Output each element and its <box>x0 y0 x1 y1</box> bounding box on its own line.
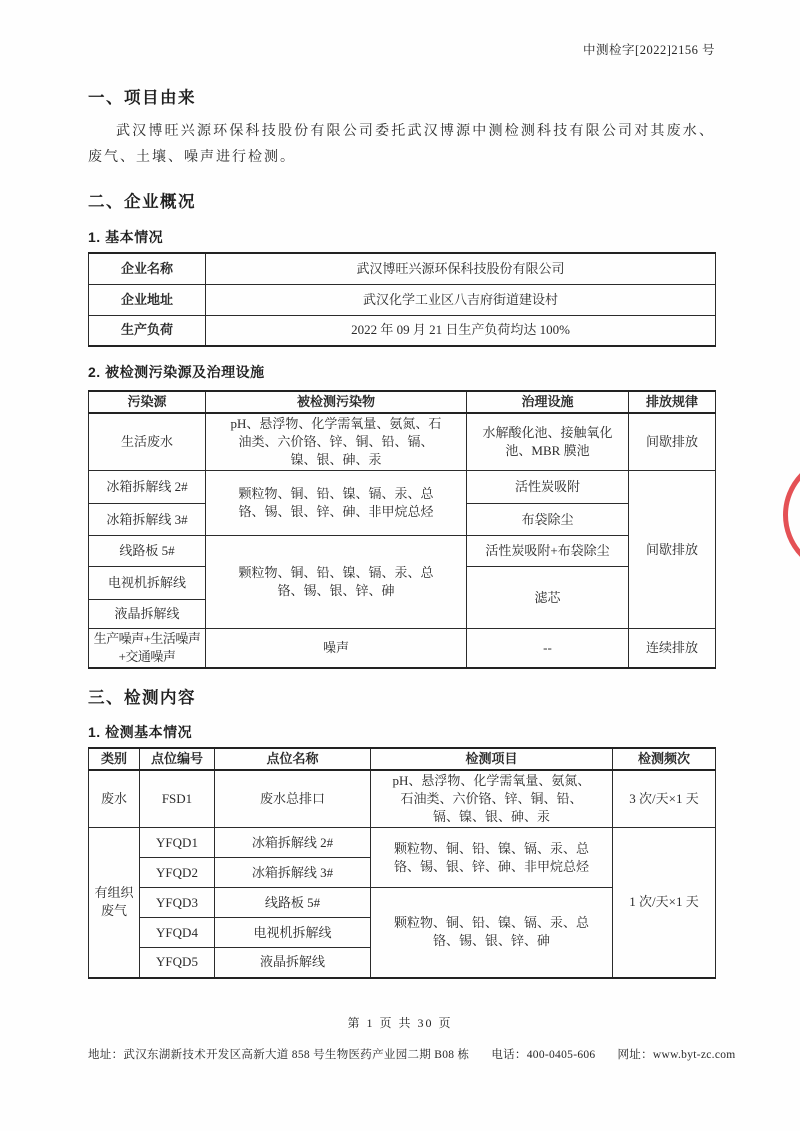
point-id: YFQD2 <box>140 858 215 888</box>
row-value: 武汉博旺兴源环保科技股份有限公司 <box>206 253 716 284</box>
table-row: 生活废水 pH、悬浮物、化学需氧量、氨氮、石油类、六价铬、锌、铜、铅、镉、镍、银… <box>89 413 716 471</box>
column-header: 被检测污染物 <box>206 391 467 413</box>
monitoring-items: pH、悬浮物、化学需氧量、氨氮、石油类、六价铬、锌、铜、铅、镉、镍、银、砷、汞 <box>371 770 613 828</box>
point-id: YFQD1 <box>140 828 215 858</box>
point-name: 冰箱拆解线 2# <box>215 828 371 858</box>
column-header: 类别 <box>89 748 140 770</box>
pollution-source-table: 污染源 被检测污染物 治理设施 排放规律 生活废水 pH、悬浮物、化学需氧量、氨… <box>88 390 716 669</box>
row-label: 企业名称 <box>89 253 206 284</box>
monitoring-table: 类别 点位编号 点位名称 检测项目 检测频次 废水 FSD1 废水总排口 pH、… <box>88 747 716 979</box>
point-name: 线路板 5# <box>215 888 371 918</box>
table-row: 废水 FSD1 废水总排口 pH、悬浮物、化学需氧量、氨氮、石油类、六价铬、锌、… <box>89 770 716 828</box>
table-row: 有组织废气 YFQD1 冰箱拆解线 2# 颗粒物、铜、铅、镍、镉、汞、总铬、锡、… <box>89 828 716 858</box>
row-label: 企业地址 <box>89 284 206 315</box>
pollution-source: 电视机拆解线 <box>89 567 206 600</box>
point-id: FSD1 <box>140 770 215 828</box>
table-row: 企业地址 武汉化学工业区八吉府街道建设村 <box>89 284 716 315</box>
table-row: 冰箱拆解线 2# 颗粒物、铜、铅、镍、镉、汞、总铬、锡、银、锌、砷、非甲烷总烃 … <box>89 471 716 504</box>
section2-sub2-title: 2. 被检测污染源及治理设施 <box>88 362 265 382</box>
footer-phone: 电话：400-0405-606 <box>491 1046 595 1062</box>
red-seal-arc <box>783 455 800 575</box>
treatment-facility: 活性炭吸附+布袋除尘 <box>467 536 629 567</box>
point-name: 液晶拆解线 <box>215 948 371 978</box>
column-header: 点位编号 <box>140 748 215 770</box>
column-header: 检测项目 <box>371 748 613 770</box>
header-row: 类别 点位编号 点位名称 检测项目 检测频次 <box>89 748 716 770</box>
monitoring-items: 颗粒物、铜、铅、镍、镉、汞、总铬、锡、银、锌、砷、非甲烷总烃 <box>371 828 613 888</box>
category: 废水 <box>89 770 140 828</box>
treatment-facility: 活性炭吸附 <box>467 471 629 504</box>
column-header: 点位名称 <box>215 748 371 770</box>
footer-website: 网址：www.byt-zc.com <box>618 1046 736 1062</box>
pollution-source: 冰箱拆解线 2# <box>89 471 206 504</box>
pollution-source: 线路板 5# <box>89 536 206 567</box>
frequency: 1 次/天×1 天 <box>613 828 716 978</box>
emission-pattern: 间歇排放 <box>629 413 716 471</box>
pollution-source: 生产噪声+生活噪声+交通噪声 <box>89 629 206 669</box>
basic-info-table: 企业名称 武汉博旺兴源环保科技股份有限公司 企业地址 武汉化学工业区八吉府街道建… <box>88 252 716 347</box>
section3-title: 三、检测内容 <box>88 684 196 708</box>
column-header: 污染源 <box>89 391 206 413</box>
emission-pattern: 间歇排放 <box>629 471 716 629</box>
column-header: 治理设施 <box>467 391 629 413</box>
pollution-source: 冰箱拆解线 3# <box>89 504 206 536</box>
point-id: YFQD5 <box>140 948 215 978</box>
treatment-facility: 滤芯 <box>467 567 629 629</box>
pollutants: 噪声 <box>206 629 467 669</box>
pollutants: 颗粒物、铜、铅、镍、镉、汞、总铬、锡、银、锌、砷、非甲烷总烃 <box>206 471 467 536</box>
table-row: 生产噪声+生活噪声+交通噪声 噪声 -- 连续排放 <box>89 629 716 669</box>
section1-paragraph: 武汉博旺兴源环保科技股份有限公司委托武汉博源中测检测科技有限公司对其废水、废气、… <box>88 119 715 171</box>
treatment-facility: 布袋除尘 <box>467 504 629 536</box>
point-name: 废水总排口 <box>215 770 371 828</box>
column-header: 检测频次 <box>613 748 716 770</box>
section2-title: 二、企业概况 <box>88 188 196 212</box>
point-id: YFQD4 <box>140 918 215 948</box>
point-name: 电视机拆解线 <box>215 918 371 948</box>
page-number: 第 1 页 共 30 页 <box>0 1014 800 1031</box>
doc-ref-number: 中测检字[2022]2156 号 <box>583 40 715 58</box>
pollutants: 颗粒物、铜、铅、镍、镉、汞、总铬、锡、银、锌、砷 <box>206 536 467 629</box>
monitoring-items: 颗粒物、铜、铅、镍、镉、汞、总铬、锡、银、锌、砷 <box>371 888 613 978</box>
column-header: 排放规律 <box>629 391 716 413</box>
row-value: 武汉化学工业区八吉府街道建设村 <box>206 284 716 315</box>
category: 有组织废气 <box>89 828 140 978</box>
row-label: 生产负荷 <box>89 315 206 346</box>
point-name: 冰箱拆解线 3# <box>215 858 371 888</box>
treatment-facility: 水解酸化池、接触氧化池、MBR 膜池 <box>467 413 629 471</box>
table-row: 企业名称 武汉博旺兴源环保科技股份有限公司 <box>89 253 716 284</box>
treatment-facility: -- <box>467 629 629 669</box>
pollution-source: 液晶拆解线 <box>89 600 206 629</box>
page-footer: 地址：武汉东湖新技术开发区高新大道 858 号生物医药产业园二期 B08 栋 电… <box>88 1046 748 1062</box>
frequency: 3 次/天×1 天 <box>613 770 716 828</box>
table-row: 线路板 5# 颗粒物、铜、铅、镍、镉、汞、总铬、锡、银、锌、砷 活性炭吸附+布袋… <box>89 536 716 567</box>
row-value: 2022 年 09 月 21 日生产负荷均达 100% <box>206 315 716 346</box>
section2-sub1-title: 1. 基本情况 <box>88 227 163 247</box>
table-row: 生产负荷 2022 年 09 月 21 日生产负荷均达 100% <box>89 315 716 346</box>
pollution-source: 生活废水 <box>89 413 206 471</box>
emission-pattern: 连续排放 <box>629 629 716 669</box>
header-row: 污染源 被检测污染物 治理设施 排放规律 <box>89 391 716 413</box>
pollutants: pH、悬浮物、化学需氧量、氨氮、石油类、六价铬、锌、铜、铅、镉、镍、银、砷、汞 <box>206 413 467 471</box>
section1-title: 一、项目由来 <box>88 84 196 108</box>
footer-address: 地址：武汉东湖新技术开发区高新大道 858 号生物医药产业园二期 B08 栋 <box>88 1046 469 1062</box>
point-id: YFQD3 <box>140 888 215 918</box>
section3-sub1-title: 1. 检测基本情况 <box>88 722 192 742</box>
document-page: 中测检字[2022]2156 号 一、项目由来 武汉博旺兴源环保科技股份有限公司… <box>0 0 800 1131</box>
